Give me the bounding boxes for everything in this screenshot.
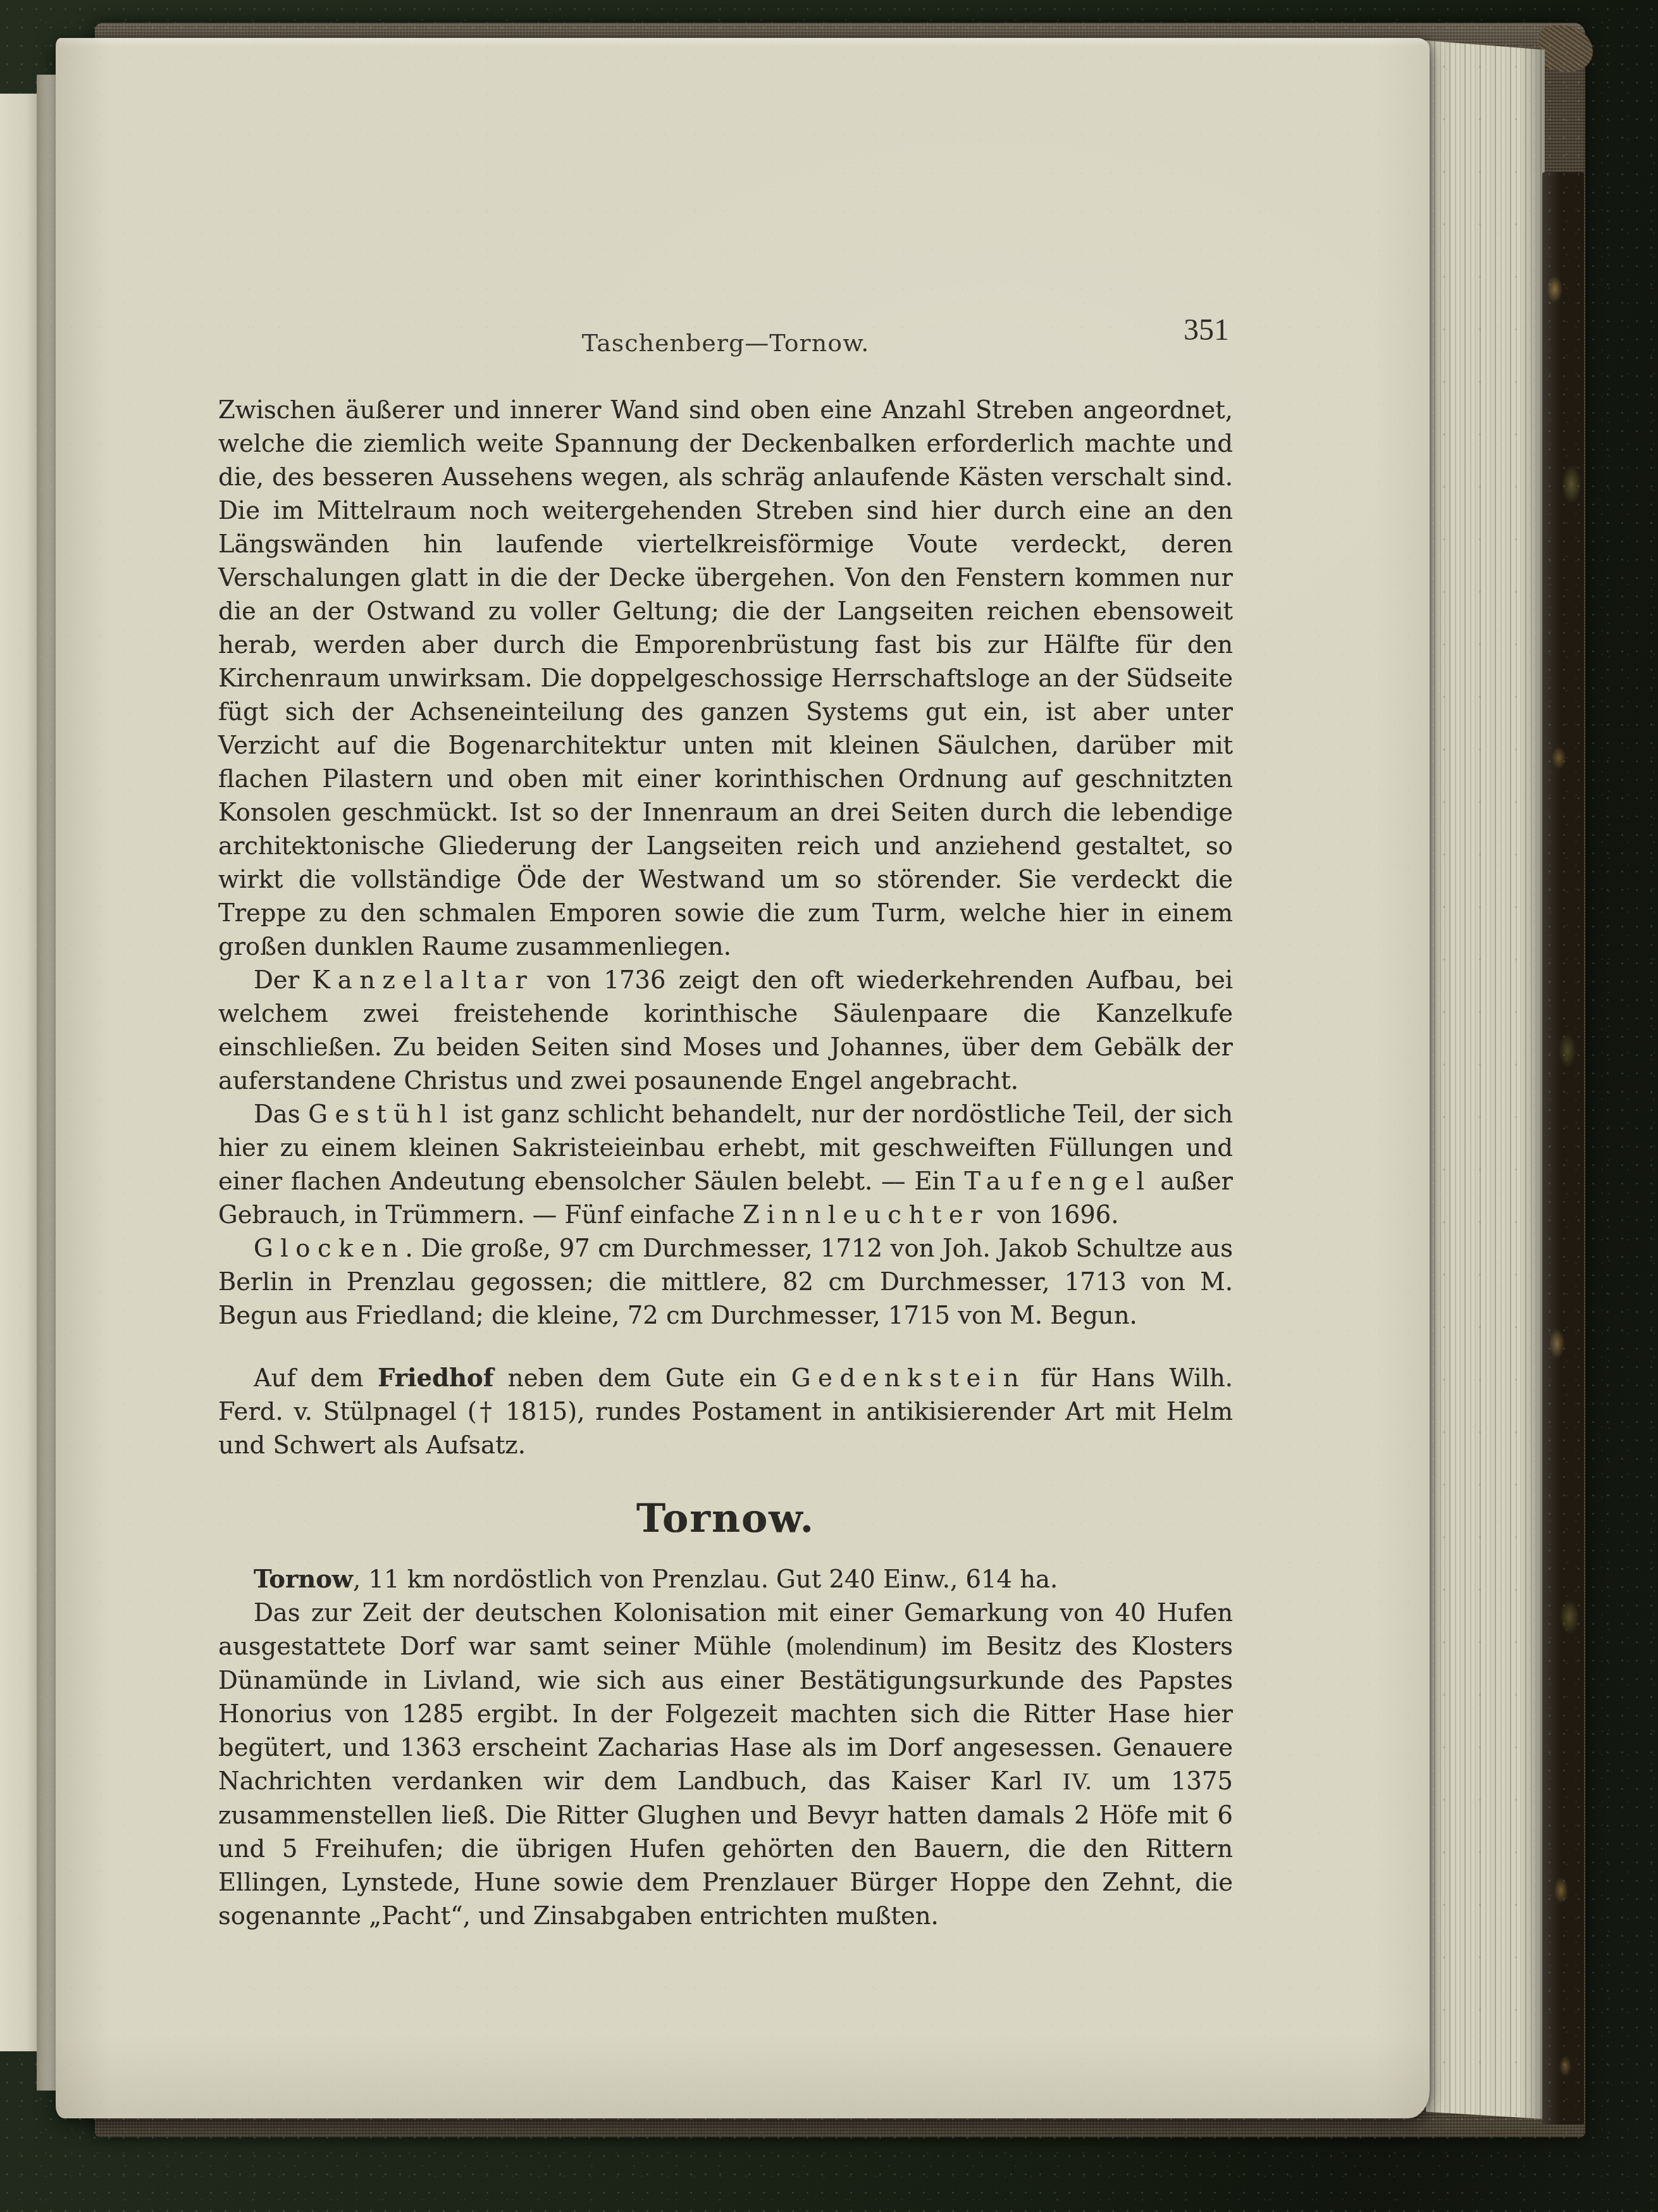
text-run-spaced: Taufengel — [965, 1167, 1152, 1196]
section-heading-tornow: Tornow. — [218, 1501, 1233, 1535]
facing-page-edge — [0, 94, 38, 2051]
text-run-spaced: Glocken — [254, 1234, 405, 1263]
page-header-row: Taschenberg—Tornow. 351 — [218, 321, 1233, 366]
text-run: Zwischen äußerer und innerer Wand sind o… — [218, 396, 1233, 961]
running-header: Taschenberg—Tornow. — [218, 329, 1233, 357]
paragraph-glocken: Glocken. Die große, 97 cm Durchmesser, 1… — [218, 1232, 1233, 1333]
text-run: Auf dem — [254, 1364, 378, 1393]
fore-edge-pages — [1426, 40, 1545, 2122]
body-text: Zwischen äußerer und innerer Wand sind o… — [218, 394, 1233, 1933]
text-run-spaced: Gedenkstein — [791, 1364, 1026, 1393]
text-run-bold: Tornow — [254, 1565, 353, 1594]
paragraph-gestuehl: Das Gestühl ist ganz schlicht behandelt,… — [218, 1098, 1233, 1232]
text-run-bold: Friedhof — [378, 1364, 493, 1393]
text-run: Das — [254, 1100, 308, 1129]
paragraph-tornow-history: Das zur Zeit der deutschen Kolonisation … — [218, 1596, 1233, 1933]
text-run-spaced: Gestühl — [308, 1100, 455, 1129]
text-run-spaced: Zinnleuchter — [743, 1201, 989, 1229]
text-run: von 1696. — [989, 1201, 1118, 1229]
text-run: Der — [254, 966, 312, 995]
marbled-cover-edge — [1542, 172, 1584, 2125]
paragraph-kanzelaltar: Der Kanzelaltar von 1736 zeigt den oft w… — [218, 964, 1233, 1098]
text-run-antiqua: IV. — [1063, 1768, 1091, 1795]
text-run: , 11 km nordöstlich von Prenzlau. Gut 24… — [353, 1565, 1058, 1594]
text-run-spaced: Kanzelaltar — [312, 966, 534, 995]
paragraph-tornow-gazetteer: Tornow, 11 km nordöstlich von Prenzlau. … — [218, 1563, 1233, 1596]
book-photo: Taschenberg—Tornow. 351 Zwischen äußerer… — [0, 0, 1658, 2212]
paragraph-friedhof: Auf dem Friedhof neben dem Gute ein Gede… — [218, 1362, 1233, 1462]
text-run: neben dem Gute ein — [493, 1364, 791, 1393]
page-number: 351 — [1184, 313, 1229, 347]
paragraph-streben: Zwischen äußerer und innerer Wand sind o… — [218, 394, 1233, 964]
book-page: Taschenberg—Tornow. 351 Zwischen äußerer… — [56, 38, 1430, 2118]
text-run-antiqua: molendinum — [795, 1634, 919, 1660]
